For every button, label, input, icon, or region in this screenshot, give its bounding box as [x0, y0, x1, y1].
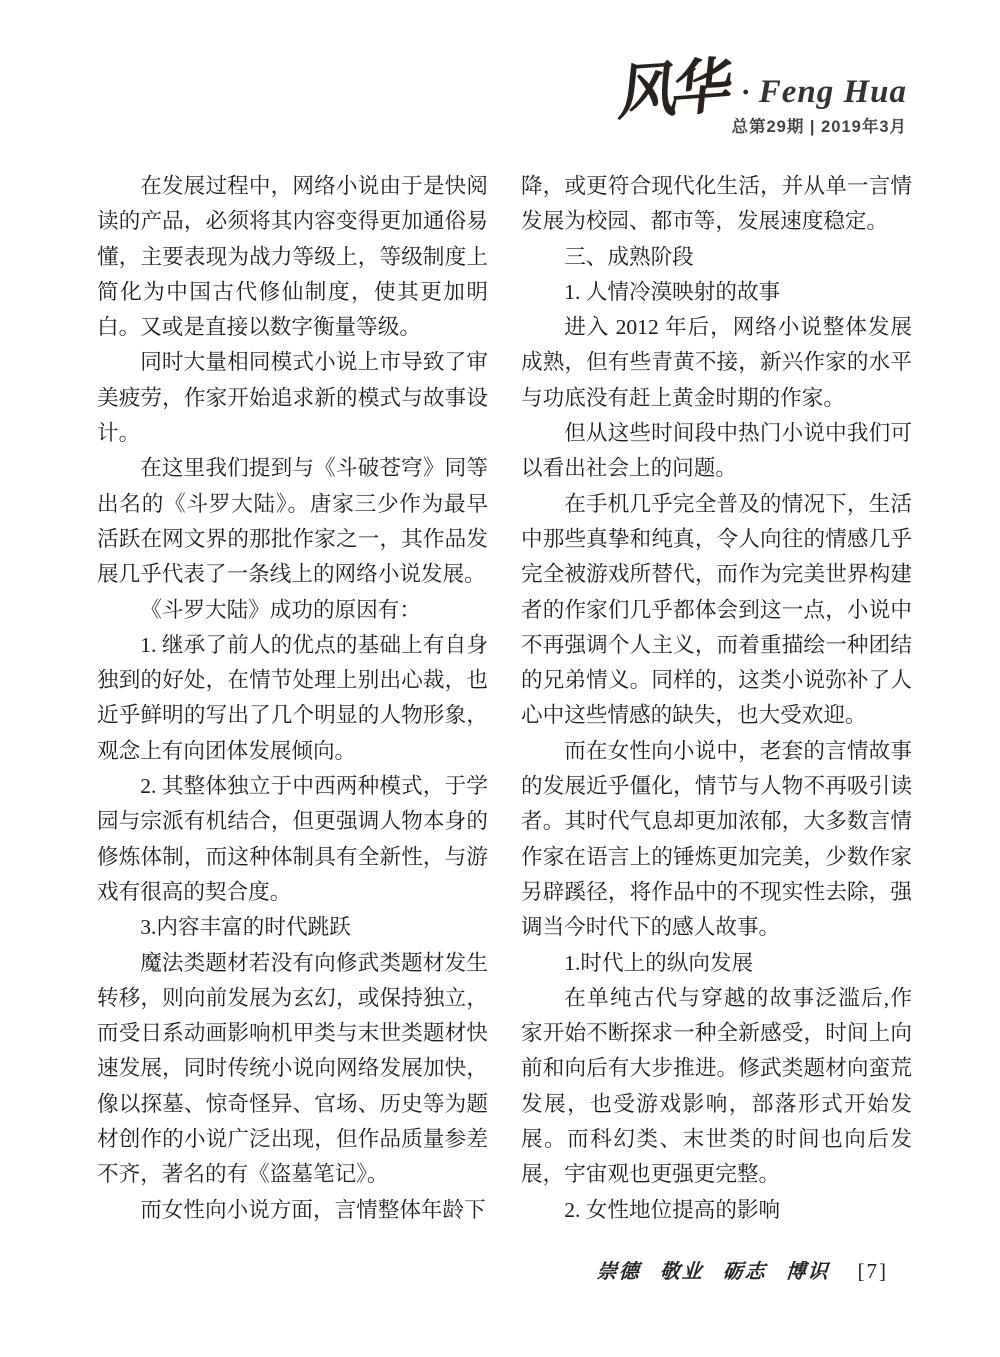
magazine-page: 风华 · Feng Hua 总第29期 | 2019年3月 在发展过程中，网络小…	[0, 0, 1000, 1357]
journal-logo-english-line: · Feng Hua	[739, 74, 907, 110]
paragraph: 而女性向小说方面，言情整体年龄下	[97, 1193, 488, 1228]
section-heading: 3.内容丰富的时代跳跃	[97, 910, 488, 945]
section-heading: 三、成熟阶段	[521, 240, 912, 275]
paragraph: 《斗罗大陆》成功的原因有：	[97, 593, 488, 628]
paragraph: 进入 2012 年后，网络小说整体发展成熟，但有些青黄不接，新兴作家的水平与功底…	[521, 310, 912, 416]
paragraph: 在手机几乎完全普及的情况下，生活中那些真挚和纯真，令人向往的情感几乎完全被游戏所…	[521, 487, 912, 734]
paragraph: 而在女性向小说中，老套的言情故事的发展近乎僵化，情节与人物不再吸引读者。其时代气…	[521, 734, 912, 946]
paragraph: 在这里我们提到与《斗破苍穹》同等出名的《斗罗大陆》。唐家三少作为最早活跃在网文界…	[97, 451, 488, 592]
paragraph-continued: 降，或更符合现代化生活，并从单一言情发展为校园、都市等，发展速度稳定。	[521, 169, 912, 240]
article-column-right: 降，或更符合现代化生活，并从单一言情发展为校园、都市等，发展速度稳定。 三、成熟…	[521, 169, 912, 1228]
paragraph: 同时大量相同模式小说上市导致了审美疲劳，作家开始追求新的模式与故事设计。	[97, 345, 488, 451]
page-number: [7]	[858, 1259, 889, 1284]
paragraph: 魔法类题材若没有向修武类题材发生转移，则向前发展为玄幻，或保持独立，而受日系动画…	[97, 946, 488, 1193]
journal-masthead: 风华 · Feng Hua 总第29期 | 2019年3月	[619, 60, 907, 137]
page-footer: 崇德 敬业 砺志 博识 [7]	[0, 1255, 888, 1284]
journal-logo-english: Feng Hua	[759, 74, 907, 110]
list-item-paragraph: 1. 继承了前人的优点的基础上有自身独到的好处，在情节处理上别出心裁，也近乎鲜明…	[97, 628, 488, 769]
journal-motto: 崇德 敬业 砺志 博识	[596, 1255, 831, 1284]
masthead-right: · Feng Hua 总第29期 | 2019年3月	[731, 74, 907, 137]
issue-info: 总第29期 | 2019年3月	[731, 113, 907, 137]
journal-logo-calligraphy: 风华	[616, 56, 730, 124]
paragraph: 在单纯古代与穿越的故事泛滥后,作家开始不断探求一种全新感受，时间上向前和向后有大…	[521, 981, 912, 1193]
section-heading: 1.时代上的纵向发展	[521, 946, 912, 981]
article-column-left: 在发展过程中，网络小说由于是快阅读的产品，必须将其内容变得更加通俗易懂，主要表现…	[97, 169, 488, 1228]
list-item-paragraph: 2. 其整体独立于中西两种模式，于学园与宗派有机结合，但更强调人物本身的修炼体制…	[97, 769, 488, 910]
paragraph: 但从这些时间段中热门小说中我们可以看出社会上的问题。	[521, 416, 912, 487]
section-heading: 2. 女性地位提高的影响	[521, 1193, 912, 1228]
section-heading: 1. 人情冷漠映射的故事	[521, 275, 912, 310]
logo-separator-dot: ·	[741, 78, 751, 108]
paragraph: 在发展过程中，网络小说由于是快阅读的产品，必须将其内容变得更加通俗易懂，主要表现…	[97, 169, 488, 345]
